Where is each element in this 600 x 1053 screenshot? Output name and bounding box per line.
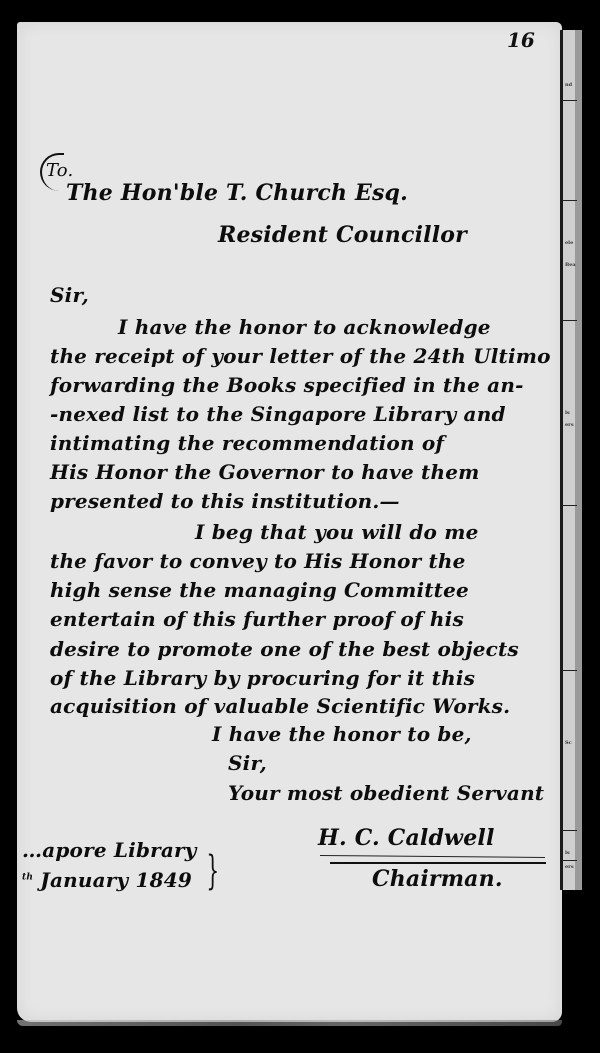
body-line: entertain of this further proof of his bbox=[50, 607, 464, 631]
binding-text-fragment: nd bbox=[565, 82, 572, 88]
binding-tick bbox=[563, 830, 577, 831]
body-line: presented to this institution.— bbox=[50, 489, 400, 513]
dateline-date: th January 1849 bbox=[22, 868, 192, 892]
addressee-name: The Hon'ble T. Church Esq. bbox=[66, 180, 408, 206]
body-line: acquisition of valuable Scientific Works… bbox=[50, 694, 510, 718]
body-line: high sense the managing Committee bbox=[50, 578, 469, 602]
dateline-place: …apore Library bbox=[22, 838, 197, 862]
body-line: -nexed list to the Singapore Library and bbox=[50, 402, 506, 426]
binding-edge: nd ele Bea ls ers Sc ls ers bbox=[560, 30, 582, 890]
dateline-brace: } bbox=[206, 848, 219, 894]
closing-line: I have the honor to be, bbox=[212, 722, 472, 746]
body-line: of the Library by procuring for it this bbox=[50, 666, 475, 690]
body-line: desire to promote one of the best object… bbox=[50, 637, 519, 661]
dateline-date-text: January 1849 bbox=[40, 868, 192, 892]
body-line: I beg that you will do me bbox=[195, 520, 479, 544]
binding-text-fragment: Sc bbox=[565, 740, 572, 746]
binding-tick bbox=[563, 860, 577, 861]
folio-number: 16 bbox=[507, 28, 535, 52]
salutation: Sir, bbox=[50, 283, 89, 307]
binding-text-fragment: ls bbox=[565, 410, 570, 416]
binding-tick bbox=[563, 670, 577, 671]
binding-tick bbox=[563, 505, 577, 506]
addressee-title: Resident Councillor bbox=[218, 222, 467, 248]
binding-text-fragment: ers bbox=[565, 864, 574, 870]
binding-tick bbox=[563, 320, 577, 321]
body-line: I have the honor to acknowledge bbox=[118, 315, 491, 339]
signature-title: Chairman. bbox=[372, 866, 503, 892]
body-line: His Honor the Governor to have them bbox=[50, 460, 480, 484]
binding-tick bbox=[563, 200, 577, 201]
body-line: forwarding the Books specified in the an… bbox=[50, 373, 524, 397]
body-line: the receipt of your letter of the 24th U… bbox=[50, 344, 551, 368]
signature-name: H. C. Caldwell bbox=[318, 825, 495, 851]
binding-text-fragment: ls bbox=[565, 850, 570, 856]
body-line: intimating the recommendation of bbox=[50, 431, 444, 455]
signature-underline bbox=[330, 862, 546, 864]
binding-tick bbox=[563, 100, 577, 101]
body-line: the favor to convey to His Honor the bbox=[50, 549, 466, 573]
closing-servant: Your most obedient Servant bbox=[228, 781, 544, 805]
binding-text-fragment: ele bbox=[565, 240, 573, 246]
binding-text-fragment: ers bbox=[565, 422, 574, 428]
dateline-day-suffix: th bbox=[22, 872, 33, 882]
closing-sir: Sir, bbox=[228, 751, 267, 775]
binding-text-fragment: Bea bbox=[565, 262, 576, 268]
addressee-prefix: To. bbox=[46, 160, 73, 181]
